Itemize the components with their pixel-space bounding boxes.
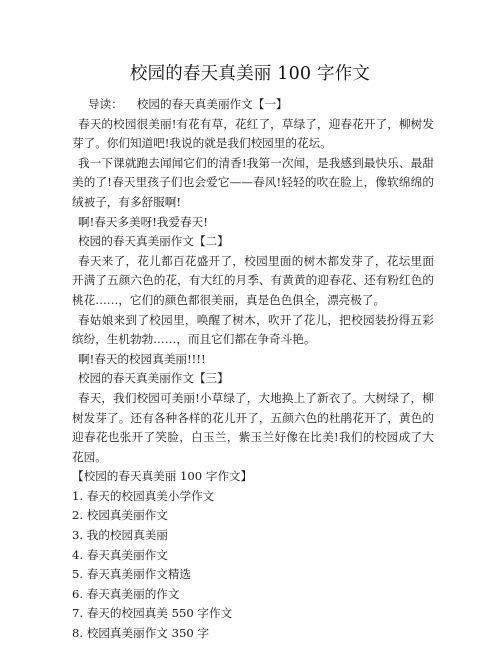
paragraph: 春天来了，花儿都百花盛开了，校园里面的树木都发芽了，花坛里面开满了五颜六色的花，… bbox=[72, 252, 434, 311]
related-item: 3. 我的校园真美丽 bbox=[72, 526, 434, 546]
section-heading-2: 校园的春天真美丽作文【二】 bbox=[72, 232, 434, 252]
related-list: 1. 春天的校园真美小学作文 2. 校园真美丽作文 3. 我的校园真美丽 4. … bbox=[72, 487, 434, 644]
paragraph: 我一下课就跑去闻闻它们的清香!我第一次闻，是我感到最快乐、最甜美的了!春天里孩子… bbox=[72, 154, 434, 213]
section-heading-1: 校园的春天真美丽作文【一】 bbox=[137, 97, 288, 111]
paragraph: 春天的校园很美丽!有花有草，花红了，草绿了，迎春花开了，柳树发芽了。你们知道吧!… bbox=[72, 115, 434, 154]
document-page: 校园的春天真美丽 100 字作文 导读：校园的春天真美丽作文【一】 春天的校园很… bbox=[0, 0, 500, 647]
document-title: 校园的春天真美丽 100 字作文 bbox=[0, 60, 500, 85]
intro-line: 导读：校园的春天真美丽作文【一】 bbox=[72, 95, 434, 115]
related-item: 7. 春天的校园真美 550 字作文 bbox=[72, 604, 434, 624]
related-item: 6. 春天真美丽的作文 bbox=[72, 585, 434, 605]
related-item: 5. 春天真美丽作文精选 bbox=[72, 565, 434, 585]
related-item: 4. 春天真美丽作文 bbox=[72, 546, 434, 566]
paragraph: 春天，我们校园可美丽!小草绿了，大地换上了新衣了。大树绿了，柳树发芽了。还有各种… bbox=[72, 389, 434, 467]
section-heading-3: 校园的春天真美丽作文【三】 bbox=[72, 369, 434, 389]
intro-label: 导读： bbox=[88, 97, 123, 111]
paragraph: 春姑娘来到了校园里，唤醒了树木，吹开了花儿，把校园装扮得五彩缤纷，生机勃勃……，… bbox=[72, 311, 434, 350]
paragraph: 啊!春天多美呀!我爱春天! bbox=[72, 213, 434, 233]
related-heading: 【校园的春天真美丽 100 字作文】 bbox=[72, 467, 434, 487]
document-body: 导读：校园的春天真美丽作文【一】 春天的校园很美丽!有花有草，花红了，草绿了，迎… bbox=[72, 95, 434, 644]
related-item: 2. 校园真美丽作文 bbox=[72, 506, 434, 526]
related-item: 1. 春天的校园真美小学作文 bbox=[72, 487, 434, 507]
related-item: 8. 校园真美丽作文 350 字 bbox=[72, 624, 434, 644]
paragraph: 啊!春天的校园真美丽!!!! bbox=[72, 350, 434, 370]
